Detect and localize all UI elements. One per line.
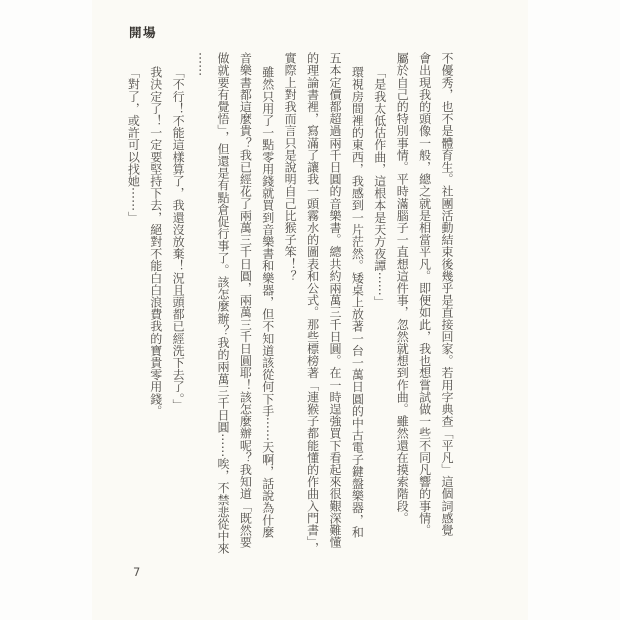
book-page: 開場 不優秀，也不是體育生。社團活動結束後幾乎是直接回家。若用字典查「平凡」這個… [92,0,528,620]
text-line: 我決定了！一定要堅持下去，絕對不能白白浪費我的寶貴零用錢。 [144,52,166,592]
chapter-header: 開場 [129,23,157,41]
text-line: 做就要有覺悟」，但還是有點倉促行事了。該怎麼辦？我的兩萬三千日圓⋯⋯唉，不禁悲從… [212,52,234,592]
text-line: 「對了，或許可以找她⋯⋯」 [122,52,144,592]
text-line: 的理論書裡，寫滿了讓我一頭霧水的圖表和公式。那些標榜著「連猴子都能懂的作曲入門書… [301,52,323,592]
text-line: 音樂書都這麼貴？我已經花了兩萬三千日圓，兩萬三千日圓耶！該怎麼辦呢？我知道「既然… [234,52,256,592]
text-line: ⋯⋯ [189,52,211,592]
page-number: 7 [133,565,140,579]
text-line: 會出現我的頭像一般，總之就是相當平凡。即便如此，我也想嘗試做一些不同凡響的事情。 [413,52,435,592]
text-line: 不優秀，也不是體育生。社團活動結束後幾乎是直接回家。若用字典查「平凡」這個詞感覺 [436,52,458,592]
text-line: 屬於自己的特別事情。平時滿腦子一直想這件事，忽然就想到作曲。雖然還在摸索階段。 [391,52,413,592]
text-line: 「不行！不能這樣算了，我還沒放棄！況且頭都已經洗下去了。」 [167,52,189,592]
body-text: 不優秀，也不是體育生。社團活動結束後幾乎是直接回家。若用字典查「平凡」這個詞感覺… [122,52,458,592]
text-line: 實際上對我而言只是說明自己比猴子笨！？ [279,52,301,592]
text-line: 「是我太低估作曲，這根本是天方夜譚⋯⋯」 [368,52,390,592]
page-background: 開場 不優秀，也不是體育生。社團活動結束後幾乎是直接回家。若用字典查「平凡」這個… [0,0,620,620]
text-line: 五本定價都超過兩千日圓的音樂書。總共約兩萬三千日圓。在一時逞強買下看起來很艱深難… [324,52,346,592]
text-line: 環視房間裡的東西，我感到一片茫然。矮桌上放著一台一萬日圓的中古電子鍵盤樂器，和 [346,52,368,592]
text-line: 雖然只用了一點零用錢就買到音樂書和樂器，但不知道該從何下手⋯⋯天啊，話說為什麼 [256,52,278,592]
